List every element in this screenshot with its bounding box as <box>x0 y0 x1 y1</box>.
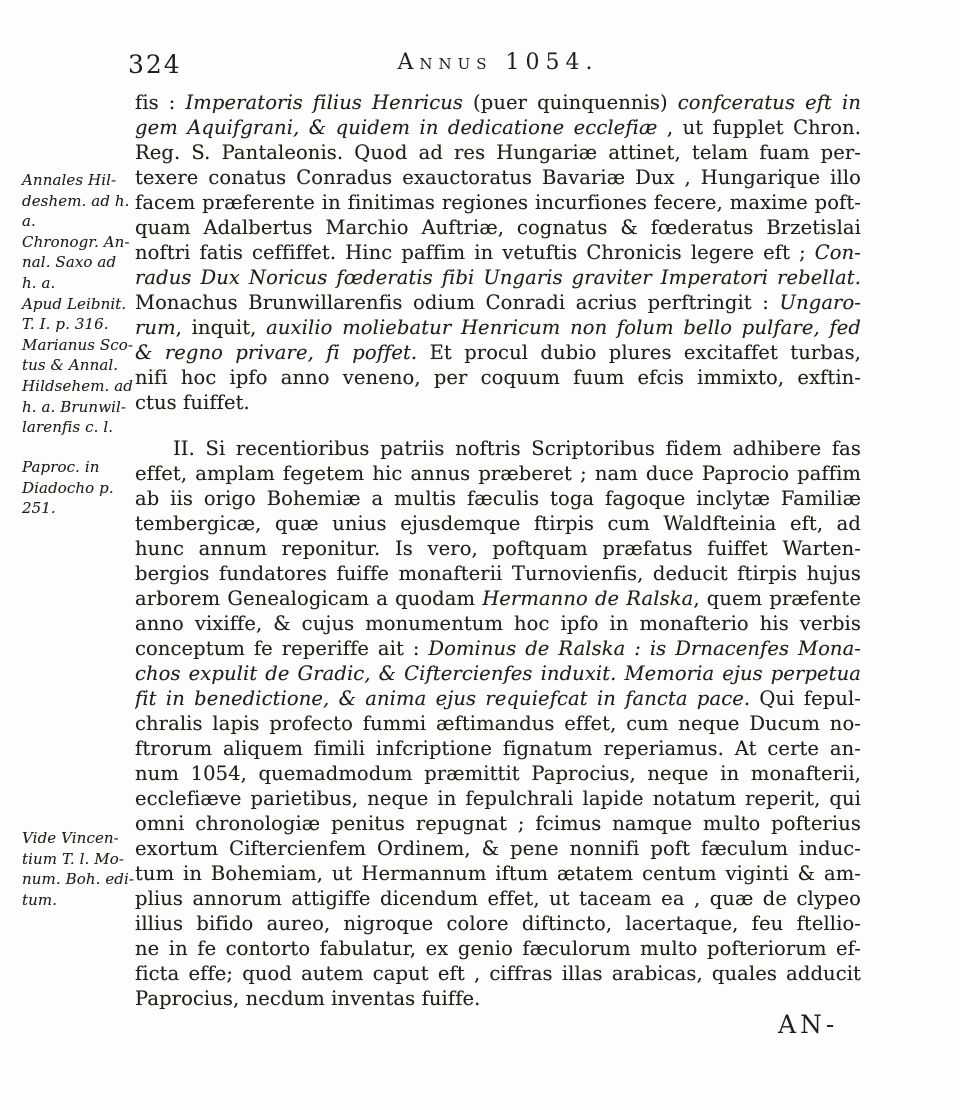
text-line: chos expulit de Gradic, & Ciftercienfes … <box>135 661 861 686</box>
italic-text-segment: Hermanno de Ralska <box>482 587 693 610</box>
text-segment: ecclefiæve parietibus, neque in fepulchr… <box>135 787 861 810</box>
text-segment: omni chronologiæ penitus repugnat ; fcim… <box>135 812 861 835</box>
text-line: effet, amplam fegetem hic annus præberet… <box>135 461 861 486</box>
margin-note-line: num. Boh. edi- <box>22 869 134 890</box>
text-segment: tum in Bohemiam, ut Hermannum iftum ætat… <box>135 862 861 885</box>
margin-note-line: nal. Saxo ad <box>22 252 134 273</box>
text-segment: ne in fe contorto fabulatur, ex genio fæ… <box>135 937 861 960</box>
text-line: Monachus Brunwillarenfis odium Conradi a… <box>135 290 861 315</box>
text-segment: bergios fundatores fuiffe monafterii Tur… <box>135 562 861 585</box>
text-line: ab iis origo Bohemiæ a multis fæculis to… <box>135 486 861 511</box>
text-line: ecclefiæve parietibus, neque in fepulchr… <box>135 786 861 811</box>
text-line: tembergicæ, quæ unius ejusdemque ftirpis… <box>135 511 861 536</box>
text-line: rum, inquit, auxilio moliebatur Henricum… <box>135 315 861 340</box>
text-segment: facem præferente in finitimas regiones i… <box>135 191 861 214</box>
margin-note-line: Diadocho p. <box>22 478 134 499</box>
text-line: plius annorum attigiffe dicendum effet, … <box>135 886 861 911</box>
text-segment: Et procul dubio plures excitaffet turbas… <box>417 341 861 364</box>
text-segment: anno vixiffe, & cujus monumentum hoc ipf… <box>135 612 861 635</box>
text-line: Reg. S. Pantaleonis. Quod ad res Hungari… <box>135 140 861 165</box>
italic-text-segment: fit in benedictione, & anima ejus requie… <box>135 687 750 710</box>
margin-note: Paproc. inDiadocho p.251. <box>22 457 134 519</box>
italic-text-segment: chos expulit de Gradic, & Ciftercienfes … <box>135 662 617 685</box>
text-segment: illius bifido aureo, nigroque colore dif… <box>135 912 861 935</box>
paragraph: II. Si recentioribus patriis noftris Scr… <box>135 436 861 1011</box>
italic-text-segment: Dominus de Ralska : is Drnacenfes Mona- <box>428 637 861 660</box>
text-segment: Monachus Brunwillarenfis odium Conradi a… <box>135 291 780 314</box>
text-line: ne in fe contorto fabulatur, ex genio fæ… <box>135 936 861 961</box>
text-line: ftrorum aliquem fimili infcriptione fign… <box>135 736 861 761</box>
text-segment: ftrorum aliquem fimili infcriptione fign… <box>135 737 861 760</box>
margin-note-line: Vide Vincen- <box>22 828 134 849</box>
text-segment: ab iis origo Bohemiæ a multis fæculis to… <box>135 487 861 511</box>
margin-note-line: 251. <box>22 498 134 519</box>
text-segment: texere conatus Conradus exauctoratus Bav… <box>135 166 861 189</box>
text-segment: nifi hoc ipfo anno veneno, per coquum fu… <box>135 366 861 389</box>
text-segment: , quem præfente <box>693 587 861 610</box>
margin-note-line: Paproc. in <box>22 457 134 478</box>
italic-text-segment: Con- <box>815 241 861 264</box>
text-line: anno vixiffe, & cujus monumentum hoc ipf… <box>135 611 861 636</box>
text-line: illius bifido aureo, nigroque colore dif… <box>135 911 861 936</box>
running-title: Annus 1054. <box>135 50 861 75</box>
paragraph: fis : Imperatoris filius Henricus (puer … <box>135 90 861 415</box>
text-line: tum in Bohemiam, ut Hermannum iftum ætat… <box>135 861 861 886</box>
italic-text-segment: Memoria ejus perpetua <box>625 662 861 685</box>
text-segment: noftri fatis ceffiffet. Hinc paffim in v… <box>135 241 815 264</box>
text-segment: effet, amplam fegetem hic annus præberet… <box>135 462 861 485</box>
text-line: & regno privare, fi poffet. Et procul du… <box>135 340 861 365</box>
italic-text-segment: gem Aquifgrani, & quidem in dedicatione … <box>135 116 657 139</box>
text-line: Paprocius, necdum inventas fuiffe. <box>135 986 861 1011</box>
text-line: gem Aquifgrani, & quidem in dedicatione … <box>135 115 861 140</box>
text-segment: , ut fupplet Chron. <box>657 116 861 139</box>
catchword: AN- <box>778 1010 838 1039</box>
text-segment: fis : <box>135 91 186 114</box>
body-text-column: fis : Imperatoris filius Henricus (puer … <box>135 90 861 1011</box>
margin-note-line: Annales Hil- <box>22 170 134 191</box>
text-line: fit in benedictione, & anima ejus requie… <box>135 686 861 711</box>
italic-text-segment: Ungaro- <box>780 291 861 314</box>
text-segment: chralis lapis profecto fummi æftimandus … <box>135 712 861 735</box>
text-segment: II. Si recentioribus patriis noftris Scr… <box>173 437 861 460</box>
text-segment: num 1054, quemadmodum præmittit Paprociu… <box>135 762 861 785</box>
text-segment: Qui fepul- <box>750 687 861 710</box>
text-segment: ficta effe; quod autem caput eft , ciffr… <box>135 962 861 985</box>
text-segment: hunc annum reponitur. Is vero, poftquam … <box>135 537 861 560</box>
text-segment: ctus fuiffet. <box>135 391 250 414</box>
italic-text-segment: & regno privare, fi poffet. <box>135 341 417 364</box>
margin-note-line: T. I. p. 316. <box>22 314 134 335</box>
text-line: facem præferente in finitimas regiones i… <box>135 190 861 215</box>
margin-note-line: tium T. l. Mo- <box>22 849 134 870</box>
text-line: conceptum fe reperiffe ait : Dominus de … <box>135 636 861 661</box>
text-line: omni chronologiæ penitus repugnat ; fcim… <box>135 811 861 836</box>
text-line: noftri fatis ceffiffet. Hinc paffim in v… <box>135 240 861 265</box>
text-segment: arborem Genealogicam a quodam <box>135 587 482 610</box>
text-line: arborem Genealogicam a quodam Hermanno d… <box>135 586 861 611</box>
margin-note-line: larenfis c. l. <box>22 417 134 438</box>
text-line: texere conatus Conradus exauctoratus Bav… <box>135 165 861 190</box>
text-segment: conceptum fe reperiffe ait : <box>135 637 428 660</box>
text-line: hunc annum reponitur. Is vero, poftquam … <box>135 536 861 561</box>
text-line: chralis lapis profecto fummi æftimandus … <box>135 711 861 736</box>
text-segment: plius annorum attigiffe dicendum effet, … <box>135 887 861 910</box>
text-line: II. Si recentioribus patriis noftris Scr… <box>135 436 861 461</box>
italic-text-segment: Imperatoris filius Henricus <box>186 91 464 114</box>
margin-note-line: h. a. <box>22 273 134 294</box>
text-segment: (puer quinquennis) <box>463 91 678 114</box>
margin-note-line: Chronogr. An- <box>22 232 134 253</box>
text-line: num 1054, quemadmodum præmittit Paprociu… <box>135 761 861 786</box>
margin-note: Vide Vincen-tium T. l. Mo-num. Boh. edi-… <box>22 828 134 910</box>
text-segment: exortum Ciftercienfem Ordinem, & pene no… <box>135 837 861 860</box>
text-segment: Reg. S. Pantaleonis. Quod ad res Hungari… <box>135 141 861 164</box>
margin-note-line: h. a. Brunwil- <box>22 397 134 418</box>
book-page: 324 Annus 1054. Annales Hil-deshem. ad h… <box>0 0 960 1110</box>
text-segment: quam Adalbertus Marchio Auftriæ, cognatu… <box>135 216 861 239</box>
text-line: radus Dux Noricus fœderatis fibi Ungaris… <box>135 265 861 290</box>
text-line: ficta effe; quod autem caput eft , ciffr… <box>135 961 861 986</box>
margin-note: Annales Hil-deshem. ad h.a.Chronogr. An-… <box>22 170 134 438</box>
margin-note-line: Hildsehem. ad <box>22 376 134 397</box>
margin-note-line: tus & Annal. <box>22 355 134 376</box>
italic-text-segment: rum <box>135 316 176 339</box>
margin-note-line: a. <box>22 211 134 232</box>
margin-note-line: tum. <box>22 890 134 911</box>
text-segment: Paprocius, necdum inventas fuiffe. <box>135 987 480 1010</box>
text-line: bergios fundatores fuiffe monafterii Tur… <box>135 561 861 586</box>
text-line: ctus fuiffet. <box>135 390 861 415</box>
text-line: fis : Imperatoris filius Henricus (puer … <box>135 90 861 115</box>
text-segment: , inquit, <box>176 316 267 339</box>
margin-note-line: Apud Leibnit. <box>22 294 134 315</box>
text-segment: tembergicæ, quæ unius ejusdemque ftirpis… <box>135 512 861 535</box>
italic-text-segment: radus Dux Noricus fœderatis fibi Ungaris… <box>135 266 861 289</box>
margin-note-line: deshem. ad h. <box>22 191 134 212</box>
margin-note-line: Marianus Sco- <box>22 335 134 356</box>
text-line: quam Adalbertus Marchio Auftriæ, cognatu… <box>135 215 861 240</box>
text-line: nifi hoc ipfo anno veneno, per coquum fu… <box>135 365 861 390</box>
italic-text-segment: auxilio moliebatur Henricum non folum be… <box>266 316 861 339</box>
text-segment <box>617 662 625 685</box>
text-line: exortum Ciftercienfem Ordinem, & pene no… <box>135 836 861 861</box>
